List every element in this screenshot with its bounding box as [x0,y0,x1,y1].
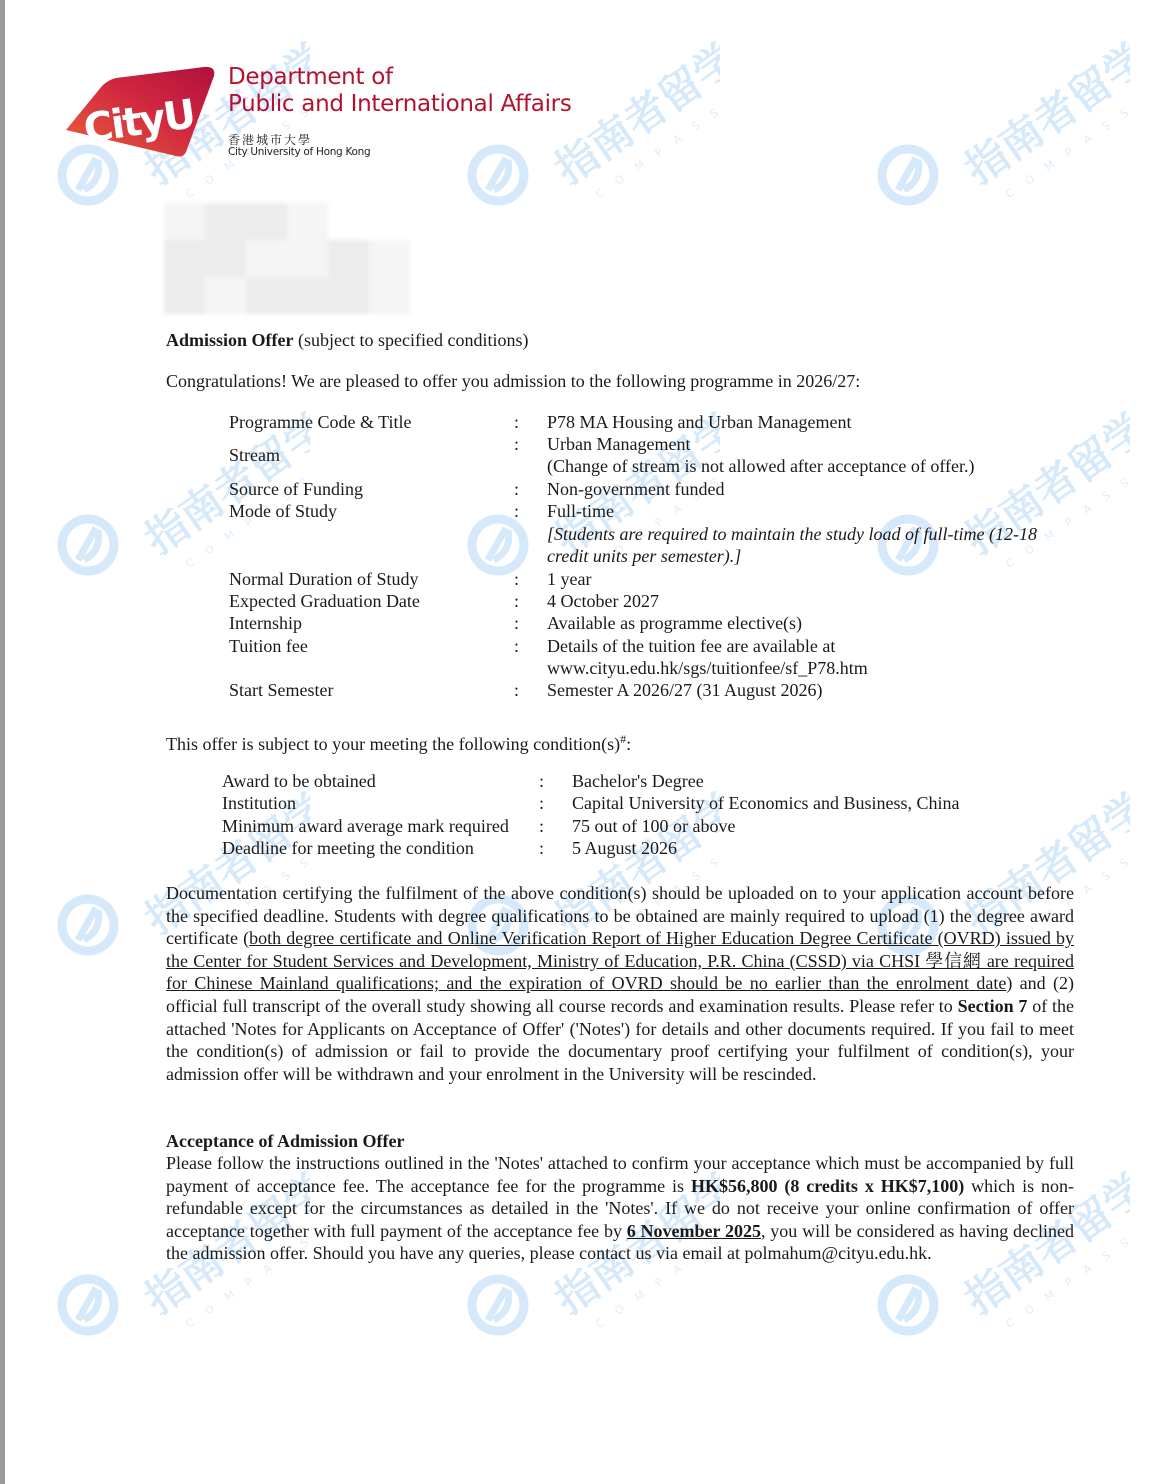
detail-colon: : [514,478,519,500]
documentation-paragraph: Documentation certifying the fulfilment … [166,882,1074,1085]
redacted-recipient-block [164,203,412,313]
svg-text:C O M P A S S E D U: C O M P A S S E D U [593,62,720,201]
condition-label: Minimum award average mark required [222,815,509,837]
detail-colon: : [514,612,519,634]
detail-colon: : [514,500,519,522]
conditions-intro-text: This offer is subject to your meeting th… [166,734,620,754]
acceptance-fee: HK$56,800 (8 credits x HK$7,100) [691,1176,964,1196]
detail-value: 1 year [547,568,591,590]
detail-value: Non-government funded [547,478,724,500]
condition-value: 5 August 2026 [572,837,677,859]
detail-note-italic: [Students are required to maintain the s… [547,523,1037,545]
tuition-fee-link[interactable]: www.cityu.edu.hk/sgs/tuitionfee/sf_P78.h… [547,657,868,679]
condition-value: Capital University of Economics and Busi… [572,792,959,814]
university-name-english: City University of Hong Kong [228,146,370,158]
cityu-logo: CityU [64,66,216,158]
detail-value: Full-time [547,500,614,522]
detail-label: Mode of Study [229,500,337,522]
detail-label: Programme Code & Title [229,411,412,433]
department-name: Department of Public and International A… [228,64,572,118]
detail-value: Semester A 2026/27 (31 August 2026) [547,679,823,701]
doc-section-ref: Section 7 [958,996,1028,1016]
detail-note-italic: credit units per semester).] [547,545,741,567]
detail-value: Available as programme elective(s) [547,612,802,634]
contact-email[interactable]: polmahum@cityu.edu.hk [745,1243,928,1263]
detail-label: Source of Funding [229,478,363,500]
detail-label: Tuition fee [229,635,308,657]
conditions-intro-colon: : [626,734,631,754]
detail-label: Internship [229,612,302,634]
detail-label: Expected Graduation Date [229,590,420,612]
svg-text:指南者留学: 指南者留学 [956,40,1130,194]
condition-label: Deadline for meeting the condition [222,837,474,859]
conditions-intro: This offer is subject to your meeting th… [166,728,631,755]
svg-text:C O M P A S S E D U: C O M P A S S E D U [1003,432,1130,571]
doc-underlined-requirement: both degree certificate and Online Verif… [166,928,1074,993]
condition-value: Bachelor's Degree [572,770,704,792]
acc-text-4: . [927,1243,932,1263]
condition-colon: : [539,770,544,792]
acceptance-deadline: 6 November 2025 [627,1221,761,1241]
detail-value: Details of the tuition fee are available… [547,635,835,657]
detail-label: Normal Duration of Study [229,568,418,590]
condition-label: Institution [222,792,296,814]
detail-label: Stream [229,444,280,466]
detail-colon: : [514,679,519,701]
watermark: 指南者留学C O M P A S S E D U [870,410,1130,590]
viewer-left-edge [0,0,5,1484]
watermark: 指南者留学C O M P A S S E D U [870,40,1130,220]
offer-title-rest: (subject to specified conditions) [294,330,529,350]
condition-colon: : [539,815,544,837]
detail-value: 4 October 2027 [547,590,659,612]
condition-colon: : [539,837,544,859]
congratulations-text: Congratulations! We are pleased to offer… [166,370,860,392]
offer-title-bold: Admission Offer [166,330,294,350]
detail-colon: : [514,635,519,657]
acceptance-heading: Acceptance of Admission Offer [166,1130,404,1152]
department-line-1: Department of [228,64,572,91]
condition-label: Award to be obtained [222,770,376,792]
detail-label: Start Semester [229,679,333,701]
detail-value: Urban Management [547,433,690,455]
acceptance-paragraph: Please follow the instructions outlined … [166,1152,1074,1265]
condition-value: 75 out of 100 or above [572,815,735,837]
detail-colon: : [514,411,519,433]
detail-colon: : [514,433,519,455]
detail-value: P78 MA Housing and Urban Management [547,411,851,433]
detail-note: (Change of stream is not allowed after a… [547,455,974,477]
condition-colon: : [539,792,544,814]
detail-colon: : [514,590,519,612]
svg-text:C O M P A S S E D U: C O M P A S S E D U [1003,62,1130,201]
offer-title: Admission Offer (subject to specified co… [166,329,528,351]
svg-text:指南者留学: 指南者留学 [546,40,720,194]
detail-colon: : [514,568,519,590]
department-line-2: Public and International Affairs [228,91,572,118]
